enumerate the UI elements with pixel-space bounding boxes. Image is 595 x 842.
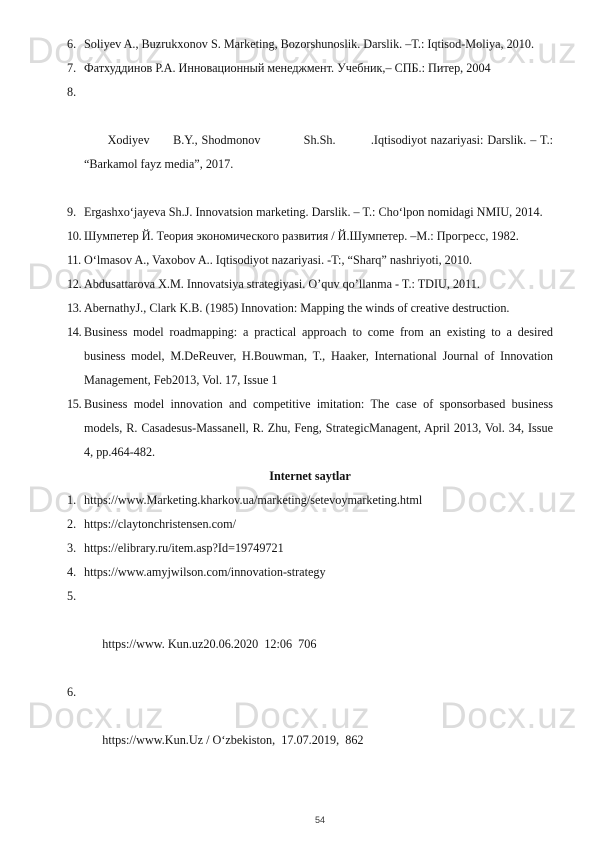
reference-text: Xodiyev B.Y., Shodmonov Sh.Sh. .Iqtisodi… <box>84 133 556 171</box>
reference-item: 9. Ergashxo‘jayeva Sh.J. Innovatsion mar… <box>67 200 553 224</box>
reference-item: 10. Шумпетер Й. Теория экономического ра… <box>67 224 553 248</box>
website-number: 6. <box>67 680 76 704</box>
page-number: 54 <box>0 815 595 825</box>
website-number: 2. <box>67 512 76 536</box>
reference-number: 11. <box>67 248 81 272</box>
website-item: 1. https://www.Marketing.kharkov.ua/mark… <box>67 488 553 512</box>
reference-item: 12. Abdusattarova X.M. Innovatsiya strat… <box>67 272 553 296</box>
reference-item: 11. O‘lmasov A., Vaxobov A.. Iqtisodiyot… <box>67 248 553 272</box>
reference-number: 9. <box>67 200 76 224</box>
reference-number: 8. <box>67 80 76 104</box>
reference-number: 6. <box>67 32 76 56</box>
website-url: https://claytonchristensen.com/ <box>84 517 236 531</box>
reference-number: 10. <box>67 224 81 248</box>
reference-number: 15. <box>67 392 81 416</box>
website-url: https://www.Kun.Uz / O‘zbekiston, 17.07.… <box>102 733 363 747</box>
reference-item: 14. Business model roadmapping: a practi… <box>67 320 553 392</box>
reference-number: 14. <box>67 320 81 344</box>
reference-number: 7. <box>67 56 76 80</box>
reference-number: 12. <box>67 272 81 296</box>
website-url: https://www. Kun.uz20.06.2020 12:06 706 <box>102 637 316 651</box>
reference-text: Шумпетер Й. Теория экономического развит… <box>84 229 519 243</box>
reference-item: 15. Business model innovation and compet… <box>67 392 553 464</box>
website-url: https://www.Marketing.kharkov.ua/marketi… <box>84 493 422 507</box>
reference-text: Soliyev A., Buzrukxonov S. Marketing, Bo… <box>84 37 534 51</box>
reference-text: Abdusattarova X.M. Innovatsiya strategiy… <box>84 277 480 291</box>
website-number: 3. <box>67 536 76 560</box>
reference-list: 6. Soliyev A., Buzrukxonov S. Marketing,… <box>67 32 553 464</box>
website-number: 1. <box>67 488 76 512</box>
website-item: 5. https://www. Kun.uz20.06.2020 12:06 7… <box>67 584 553 680</box>
document-body: 6. Soliyev A., Buzrukxonov S. Marketing,… <box>67 32 553 776</box>
reference-item: 6. Soliyev A., Buzrukxonov S. Marketing,… <box>67 32 553 56</box>
reference-text: Фатхуддинов Р.А. Инновационный менеджмен… <box>84 61 491 75</box>
website-url: https://elibrary.ru/item.asp?Id=19749721 <box>84 541 284 555</box>
section-heading-internet: Internet saytlar <box>67 464 553 488</box>
reference-text: O‘lmasov A., Vaxobov A.. Iqtisodiyot naz… <box>84 253 472 267</box>
website-item: 2. https://claytonchristensen.com/ <box>67 512 553 536</box>
reference-text: AbernathyJ., Clark K.B. (1985) Innovatio… <box>84 301 509 315</box>
website-item: 3. https://elibrary.ru/item.asp?Id=19749… <box>67 536 553 560</box>
website-item: 4. https://www.amyjwilson.com/innovation… <box>67 560 553 584</box>
reference-item: 8. Xodiyev B.Y., Shodmonov Sh.Sh. .Iqtis… <box>67 80 553 200</box>
reference-text: Business model innovation and competitiv… <box>84 397 553 459</box>
website-item: 6. https://www.Kun.Uz / O‘zbekiston, 17.… <box>67 680 553 776</box>
website-number: 4. <box>67 560 76 584</box>
reference-text: Business model roadmapping: a practical … <box>84 325 553 387</box>
website-number: 5. <box>67 584 76 608</box>
website-list: 1. https://www.Marketing.kharkov.ua/mark… <box>67 488 553 776</box>
reference-item: 13. AbernathyJ., Clark K.B. (1985) Innov… <box>67 296 553 320</box>
reference-text: Ergashxo‘jayeva Sh.J. Innovatsion market… <box>84 205 543 219</box>
reference-number: 13. <box>67 296 81 320</box>
website-url: https://www.amyjwilson.com/innovation-st… <box>84 565 326 579</box>
reference-item: 7. Фатхуддинов Р.А. Инновационный менедж… <box>67 56 553 80</box>
